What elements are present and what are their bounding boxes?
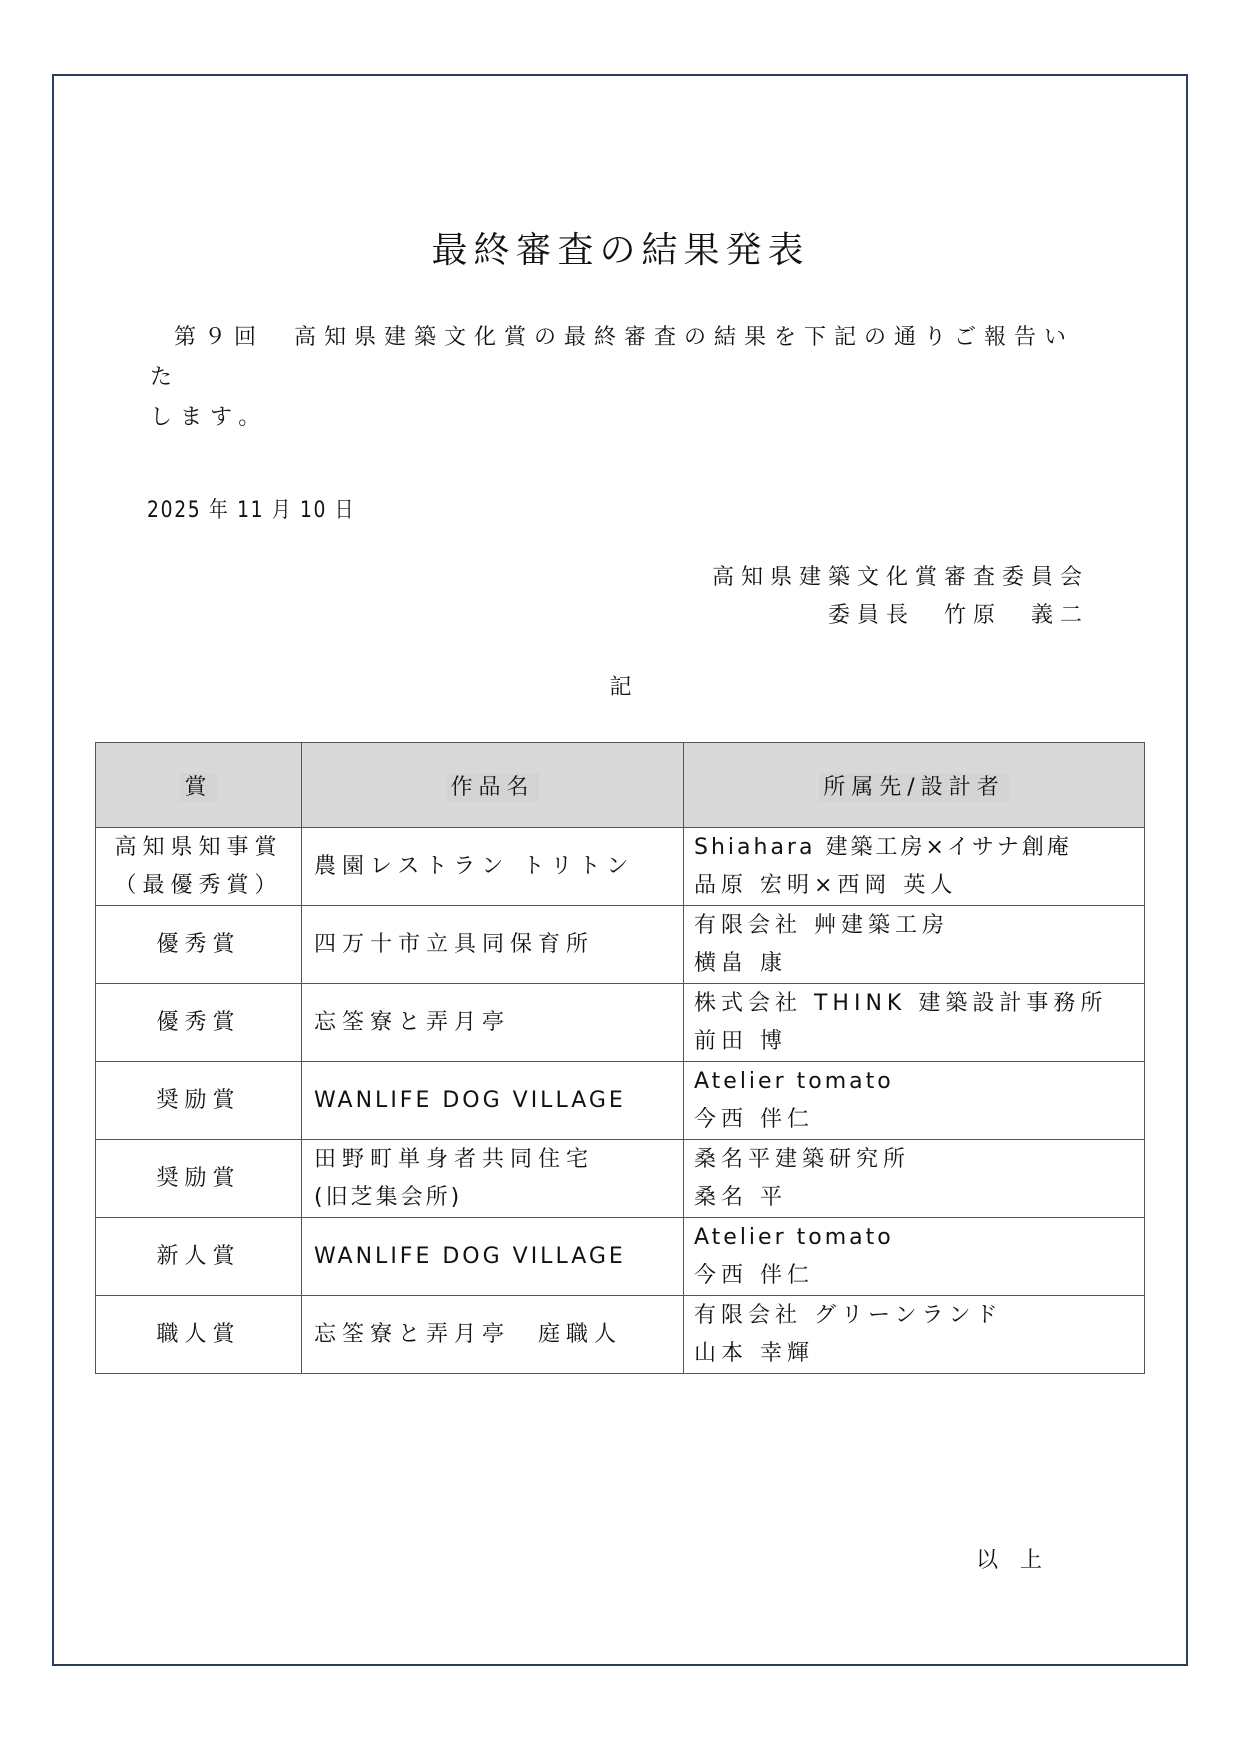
award-cell-line: 奨励賞 [96, 1160, 301, 1198]
ki-heading: 記 [0, 670, 1241, 701]
work-cell-line: (旧芝集会所) [314, 1179, 683, 1217]
table-row: 新人賞WANLIFE DOG VILLAGEAtelier tomato今西 伴… [96, 1218, 1145, 1296]
designer-cell-line: Atelier tomato [694, 1219, 1144, 1257]
designer-cell: 株式会社 THINK 建築設計事務所前田 博 [684, 984, 1145, 1062]
work-cell: 忘筌寮と弄月亭 庭職人 [302, 1296, 684, 1374]
header-designer: 所属先/設計者 [684, 743, 1145, 828]
award-cell: 奨励賞 [96, 1140, 302, 1218]
designer-cell-line: 品原 宏明×西岡 英人 [694, 867, 1144, 905]
award-cell-line: 高知県知事賞 [96, 829, 301, 867]
work-cell-line: WANLIFE DOG VILLAGE [314, 1082, 683, 1120]
designer-cell: 桑名平建築研究所桑名 平 [684, 1140, 1145, 1218]
organization-name: 高知県建築文化賞審査委員会 [712, 560, 1089, 591]
page-title: 最終審査の結果発表 [0, 222, 1241, 273]
designer-cell-line: 横畠 康 [694, 945, 1144, 983]
award-cell-line: 職人賞 [96, 1316, 301, 1354]
designer-cell-line: 有限会社 グリーンランド [694, 1297, 1144, 1335]
designer-cell-line: 今西 伴仁 [694, 1257, 1144, 1295]
closing-mark: 以 上 [976, 1543, 1042, 1574]
work-cell: WANLIFE DOG VILLAGE [302, 1218, 684, 1296]
table-row: 優秀賞四万十市立具同保育所有限会社 艸建築工房横畠 康 [96, 906, 1145, 984]
header-award-label: 賞 [180, 773, 216, 802]
designer-cell-line: 株式会社 THINK 建築設計事務所 [694, 985, 1144, 1023]
award-cell-line: 優秀賞 [96, 926, 301, 964]
designer-cell-line: 山本 幸輝 [694, 1335, 1144, 1373]
table-row: 奨励賞田野町単身者共同住宅(旧芝集会所)桑名平建築研究所桑名 平 [96, 1140, 1145, 1218]
document-date: 2025 年 11 月 10 日 [147, 493, 355, 524]
work-cell-line: WANLIFE DOG VILLAGE [314, 1238, 683, 1276]
work-cell-line: 忘筌寮と弄月亭 庭職人 [314, 1316, 683, 1354]
designer-cell-line: 前田 博 [694, 1023, 1144, 1061]
work-cell-line: 忘筌寮と弄月亭 [314, 1004, 683, 1042]
designer-cell: 有限会社 艸建築工房横畠 康 [684, 906, 1145, 984]
designer-cell-line: 桑名 平 [694, 1179, 1144, 1217]
designer-cell: 有限会社 グリーンランド山本 幸輝 [684, 1296, 1145, 1374]
designer-cell-line: 今西 伴仁 [694, 1101, 1144, 1139]
table-header-row: 賞 作品名 所属先/設計者 [96, 743, 1145, 828]
table-row: 職人賞忘筌寮と弄月亭 庭職人有限会社 グリーンランド山本 幸輝 [96, 1296, 1145, 1374]
committee-chair: 委員長 竹原 義二 [828, 598, 1089, 629]
award-cell-line: 優秀賞 [96, 1004, 301, 1042]
intro-line-2: します。 [150, 405, 268, 430]
designer-cell: Atelier tomato今西 伴仁 [684, 1218, 1145, 1296]
award-cell-line: 奨励賞 [96, 1082, 301, 1120]
award-cell: 優秀賞 [96, 906, 302, 984]
work-cell-line: 田野町単身者共同住宅 [314, 1141, 683, 1179]
award-cell: 職人賞 [96, 1296, 302, 1374]
work-cell: 農園レストラン トリトン [302, 828, 684, 906]
award-cell-line: （最優秀賞） [96, 867, 301, 905]
designer-cell-line: 有限会社 艸建築工房 [694, 907, 1144, 945]
award-cell: 高知県知事賞（最優秀賞） [96, 828, 302, 906]
work-cell-line: 農園レストラン トリトン [314, 848, 683, 886]
work-cell: WANLIFE DOG VILLAGE [302, 1062, 684, 1140]
award-cell-line: 新人賞 [96, 1238, 301, 1276]
designer-cell: Atelier tomato今西 伴仁 [684, 1062, 1145, 1140]
work-cell: 四万十市立具同保育所 [302, 906, 684, 984]
header-award: 賞 [96, 743, 302, 828]
results-table: 賞 作品名 所属先/設計者 高知県知事賞（最優秀賞）農園レストラン トリトンSh… [95, 742, 1145, 1374]
header-designer-label: 所属先/設計者 [819, 773, 1008, 802]
table-row: 高知県知事賞（最優秀賞）農園レストラン トリトンShiahara 建築工房×イサ… [96, 828, 1145, 906]
header-work-label: 作品名 [446, 773, 538, 802]
header-work: 作品名 [302, 743, 684, 828]
award-cell: 新人賞 [96, 1218, 302, 1296]
award-cell: 優秀賞 [96, 984, 302, 1062]
table-row: 奨励賞WANLIFE DOG VILLAGEAtelier tomato今西 伴… [96, 1062, 1145, 1140]
work-cell: 田野町単身者共同住宅(旧芝集会所) [302, 1140, 684, 1218]
designer-cell-line: Atelier tomato [694, 1063, 1144, 1101]
award-cell: 奨励賞 [96, 1062, 302, 1140]
designer-cell-line: Shiahara 建築工房×イサナ創庵 [694, 829, 1144, 867]
designer-cell-line: 桑名平建築研究所 [694, 1141, 1144, 1179]
work-cell: 忘筌寮と弄月亭 [302, 984, 684, 1062]
table-row: 優秀賞忘筌寮と弄月亭株式会社 THINK 建築設計事務所前田 博 [96, 984, 1145, 1062]
intro-paragraph: 第９回 高知県建築文化賞の最終審査の結果を下記の通りご報告いた します。 [150, 318, 1090, 438]
designer-cell: Shiahara 建築工房×イサナ創庵品原 宏明×西岡 英人 [684, 828, 1145, 906]
work-cell-line: 四万十市立具同保育所 [314, 926, 683, 964]
intro-line-1: 第９回 高知県建築文化賞の最終審査の結果を下記の通りご報告いた [150, 325, 1074, 390]
